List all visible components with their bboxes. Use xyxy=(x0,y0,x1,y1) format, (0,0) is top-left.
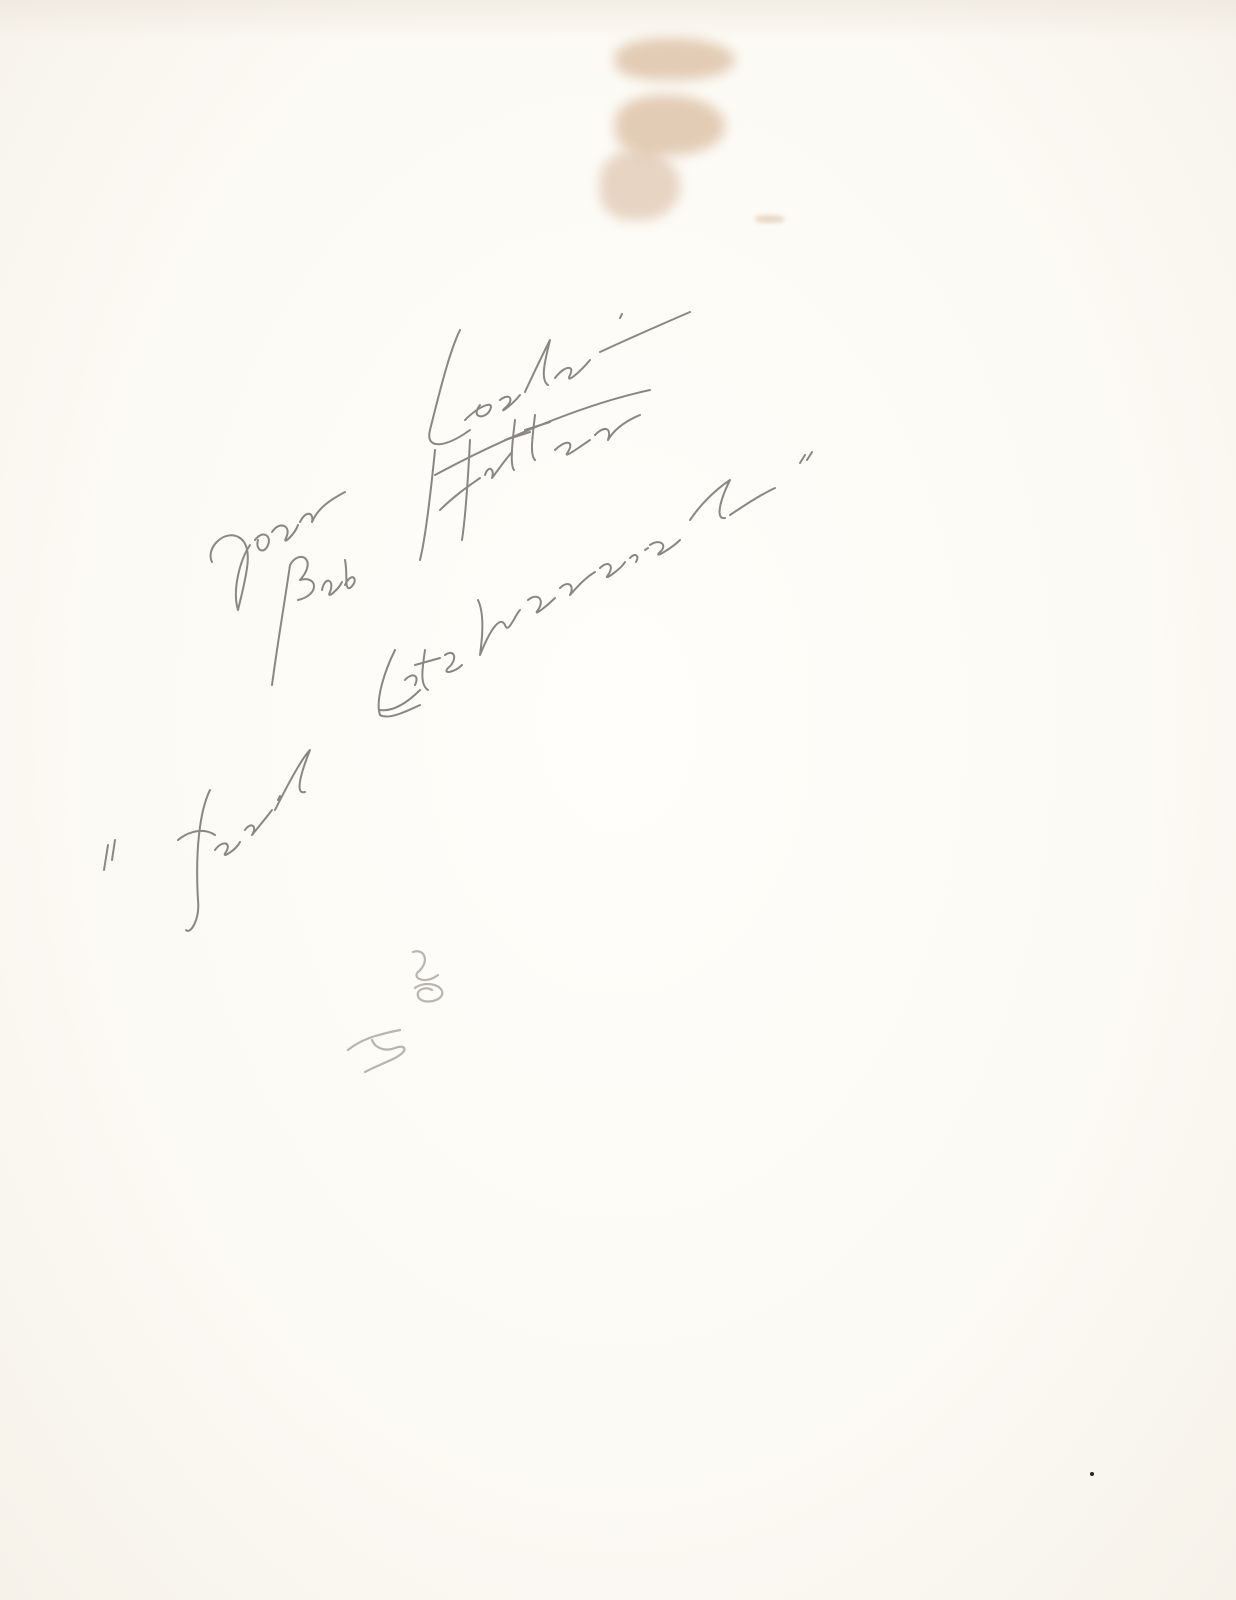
photo-back-paper: Joan Leslie Bob Hutton "Janie Gets Marri… xyxy=(0,0,1236,1600)
closing-quote xyxy=(800,452,812,463)
ink-speck xyxy=(1090,1472,1094,1476)
word-leslie xyxy=(429,312,690,444)
opening-quote xyxy=(104,840,115,870)
word-married xyxy=(478,480,775,655)
word-janie xyxy=(178,750,310,931)
word-bob xyxy=(272,557,355,685)
pencil-handwriting xyxy=(0,0,1236,1600)
word-gets xyxy=(379,650,462,717)
word-hutton xyxy=(420,415,640,560)
word-joan xyxy=(211,492,345,610)
mark-M xyxy=(348,1030,404,1072)
mark-20 xyxy=(413,951,442,1001)
